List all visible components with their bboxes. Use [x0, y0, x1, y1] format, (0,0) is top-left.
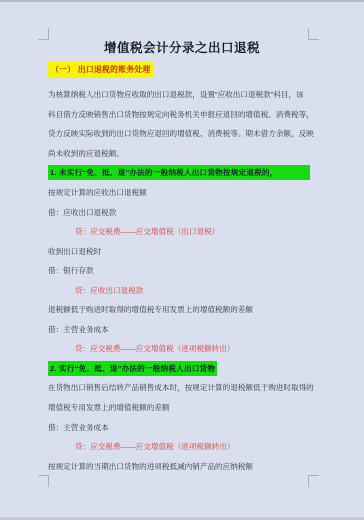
- debit-entry-line: 借：银行存款: [48, 261, 310, 281]
- doc-line: 为核算纳税人出口货物应收取的出口退税款，设置“应收出口退税款”科目，该: [48, 85, 310, 105]
- crop-mark-bottom-left: [38, 475, 49, 487]
- green-highlight: 1. 未实行“免、抵、退”办法的一般纳税人出口货物按规定退税的，: [48, 165, 310, 180]
- debit-entry-line: 借：主营业务成本: [48, 320, 310, 340]
- green-highlight: 2. 实行“免、抵、退”办法的一般纳税人出口货物: [48, 361, 217, 376]
- doc-line: 科目借方反映销售出口货物按规定向税务机关申报应退回的增值税、消费税等，: [48, 105, 310, 125]
- debit-entry-line: 借：主营业务成本: [48, 417, 310, 437]
- section-heading: （一） 出口退税的账务处理: [48, 59, 154, 78]
- credit-entry-line: 贷：应收出口退税款: [48, 280, 310, 300]
- credit-entry-line: 贷：应交税费——应交增值税（进项税额转出）: [48, 339, 310, 359]
- document-body: 为核算纳税人出口货物应收取的出口退税款，设置“应收出口退税款”科目，该 科目借方…: [48, 85, 310, 476]
- page-title: 增值税会计分录之出口退税: [0, 38, 364, 56]
- doc-line: 在货物出口销售后结转产品销售成本时，按规定计算的退税额低于购进时取得的: [48, 378, 310, 398]
- doc-line: 收到出口退税时: [48, 241, 310, 261]
- debit-entry-line: 借：应收出口退税款: [48, 202, 310, 222]
- doc-line: 增值税专用发票上的增值税额的差额: [48, 398, 310, 418]
- doc-line: 退税额低于购进时取得的增值税专用发票上的增值税额的差额: [48, 300, 310, 320]
- doc-line: 贷方反映实际收到的出口货物应退回的增值税、消费税等。期末借方余额，反映: [48, 124, 310, 144]
- highlighted-rule-line: 2. 实行“免、抵、退”办法的一般纳税人出口货物: [48, 359, 310, 379]
- credit-entry-line: 贷：应交税费——应交增值税（进项税额转出）: [48, 437, 310, 457]
- doc-line: 尚未收到的应退税额。: [48, 144, 310, 164]
- doc-line: 按规定计算的应收出口退税额: [48, 183, 310, 203]
- credit-entry-line: 贷：应交税费——应交增值税（出口退税）: [48, 222, 310, 242]
- crop-mark-bottom-right: [308, 475, 319, 487]
- document-page: 增值税会计分录之出口退税 （一） 出口退税的账务处理 为核算纳税人出口货物应收取…: [0, 0, 364, 520]
- section-heading-highlight: （一） 出口退税的账务处理: [48, 62, 154, 78]
- highlighted-rule-line: 1. 未实行“免、抵、退”办法的一般纳税人出口货物按规定退税的，: [48, 163, 310, 183]
- doc-line: 按规定计算的当期出口货物的进项税抵减内销产品的应纳税额: [48, 456, 310, 476]
